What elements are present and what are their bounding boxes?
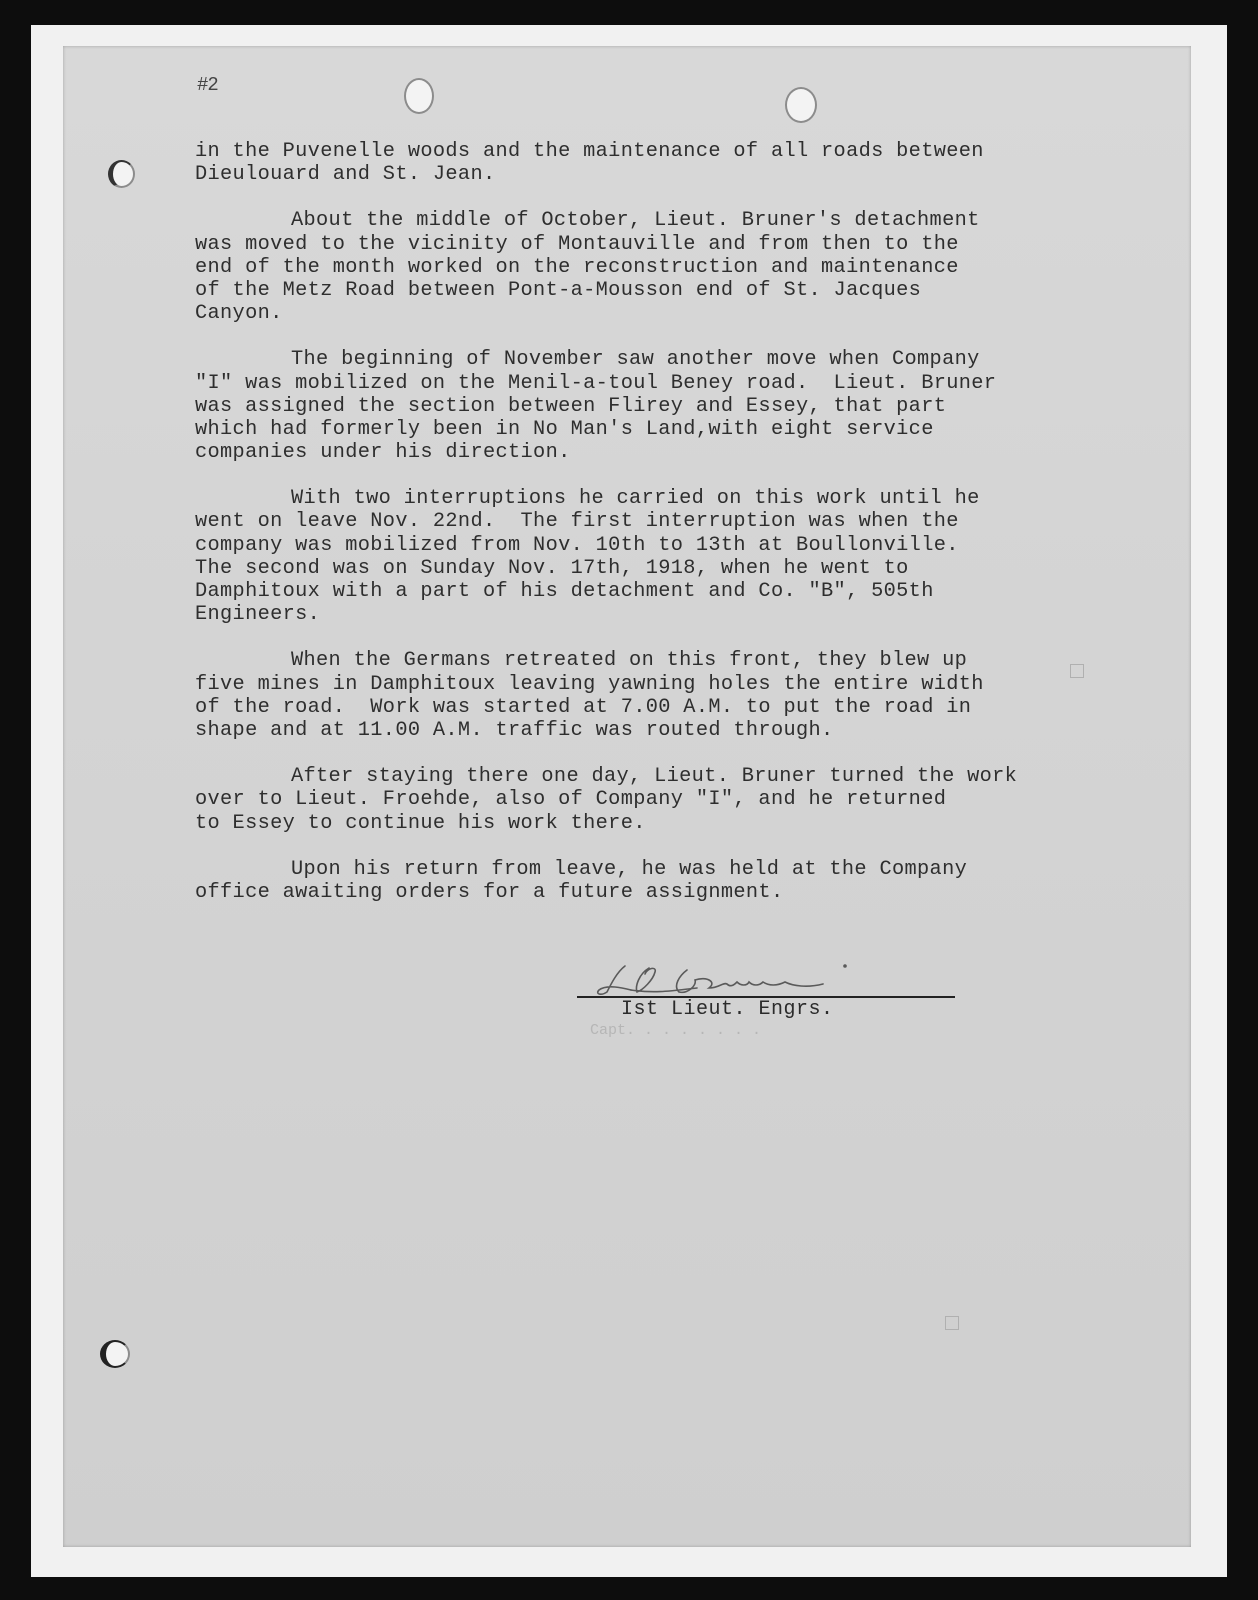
text-line: of the Metz Road between Pont-a-Mousson …: [195, 279, 1115, 302]
paragraph: Upon his return from leave, he was held …: [195, 858, 1115, 904]
text-line: end of the month worked on the reconstru…: [195, 256, 1115, 279]
text-line: was moved to the vicinity of Montauville…: [195, 233, 1115, 256]
text-line: When the Germans retreated on this front…: [195, 649, 1115, 672]
text-line: in the Puvenelle woods and the maintenan…: [195, 140, 1115, 163]
punch-hole-top-right: [785, 87, 817, 123]
text-line: The second was on Sunday Nov. 17th, 1918…: [195, 557, 1115, 580]
text-line: five mines in Damphitoux leaving yawning…: [195, 673, 1115, 696]
text-line: Engineers.: [195, 603, 1115, 626]
text-line: companies under his direction.: [195, 441, 1115, 464]
text-line: Damphitoux with a part of his detachment…: [195, 580, 1115, 603]
document-body: in the Puvenelle woods and the maintenan…: [195, 140, 1115, 927]
text-line: After staying there one day, Lieut. Brun…: [195, 765, 1115, 788]
text-line: About the middle of October, Lieut. Brun…: [195, 209, 1115, 232]
text-line: over to Lieut. Froehde, also of Company …: [195, 788, 1115, 811]
text-line: office awaiting orders for a future assi…: [195, 881, 1115, 904]
paragraph: About the middle of October, Lieut. Brun…: [195, 209, 1115, 325]
text-line: The beginning of November saw another mo…: [195, 348, 1115, 371]
signature-block: Ist Lieut. Engrs.: [577, 960, 957, 1030]
paragraph: After staying there one day, Lieut. Brun…: [195, 765, 1115, 835]
text-line: Upon his return from leave, he was held …: [195, 858, 1115, 881]
text-line: of the road. Work was started at 7.00 A.…: [195, 696, 1115, 719]
punch-hole-top-left: [404, 78, 434, 114]
text-line: went on leave Nov. 22nd. The first inter…: [195, 510, 1115, 533]
text-line: company was mobilized from Nov. 10th to …: [195, 534, 1115, 557]
text-line: to Essey to continue his work there.: [195, 812, 1115, 835]
text-line: "I" was mobilized on the Menil-a-toul Be…: [195, 372, 1115, 395]
faint-bleed-through-text: Capt. . . . . . . .: [590, 1022, 890, 1042]
text-line: Canyon.: [195, 302, 1115, 325]
page-number: #2: [197, 74, 218, 96]
signature-title: Ist Lieut. Engrs.: [621, 998, 834, 1021]
punch-hole-side-top: [108, 160, 135, 188]
text-line: was assigned the section between Flirey …: [195, 395, 1115, 418]
text-line: Dieulouard and St. Jean.: [195, 163, 1115, 186]
text-line: which had formerly been in No Man's Land…: [195, 418, 1115, 441]
text-line: shape and at 11.00 A.M. traffic was rout…: [195, 719, 1115, 742]
paragraph: in the Puvenelle woods and the maintenan…: [195, 140, 1115, 186]
punch-hole-side-bottom: [100, 1340, 130, 1368]
faint-mark: [945, 1316, 959, 1330]
paragraph: With two interruptions he carried on thi…: [195, 487, 1115, 626]
paragraph: The beginning of November saw another mo…: [195, 348, 1115, 464]
paragraph: When the Germans retreated on this front…: [195, 649, 1115, 742]
text-line: With two interruptions he carried on thi…: [195, 487, 1115, 510]
